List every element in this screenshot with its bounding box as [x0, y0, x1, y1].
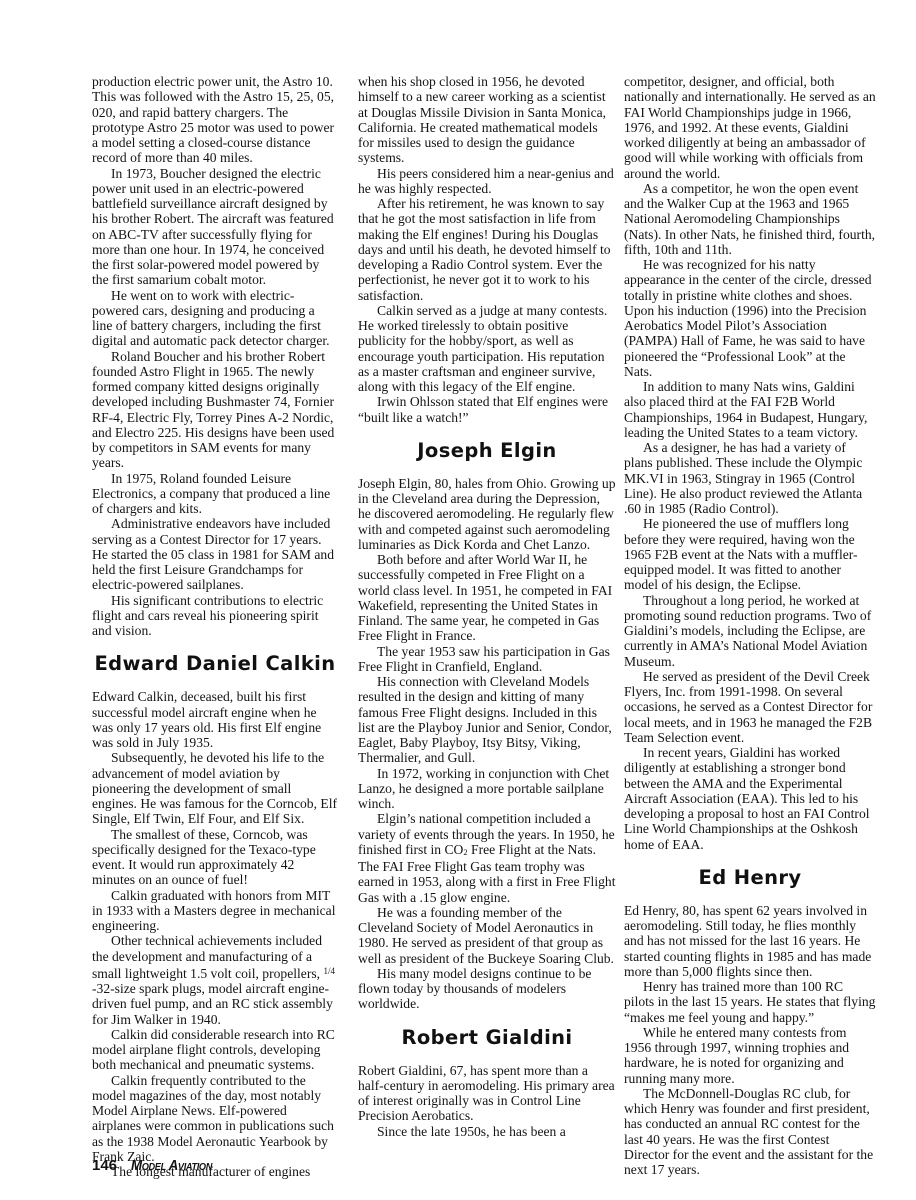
paragraph: Calkin frequently contributed to the mod…: [92, 1073, 338, 1165]
paragraph-co2: Elgin’s national competition included a …: [358, 811, 616, 905]
paragraph: production electric power unit, the Astr…: [92, 74, 338, 166]
paragraph: In 1972, working in conjunction with Che…: [358, 766, 616, 812]
paragraph: In 1973, Boucher designed the electric p…: [92, 166, 338, 288]
fraction: 1/4: [323, 966, 335, 976]
paragraph: when his shop closed in 1956, he devoted…: [358, 74, 616, 166]
paragraph: As a competitor, he won the open event a…: [624, 181, 876, 257]
paragraph: He was recognized for his natty appearan…: [624, 257, 876, 379]
text-run: -32-size spark plugs, model aircraft eng…: [92, 981, 333, 1027]
paragraph: In addition to many Nats wins, Galdini a…: [624, 379, 876, 440]
paragraph: He was a founding member of the Clevelan…: [358, 905, 616, 966]
paragraph-achievements: Other technical achievements included th…: [92, 933, 338, 1027]
section-heading-calkin: Edward Daniel Calkin: [86, 653, 344, 675]
paragraph: Robert Gialdini, 67, has spent more than…: [358, 1063, 616, 1124]
section-heading-henry: Ed Henry: [624, 867, 876, 889]
paragraph: The year 1953 saw his participation in G…: [358, 644, 616, 675]
page-number: 146: [92, 1157, 117, 1174]
column-middle: when his shop closed in 1956, he devoted…: [358, 74, 616, 1139]
paragraph: Henry has trained more than 100 RC pilot…: [624, 979, 876, 1025]
paragraph: Calkin served as a judge at many contest…: [358, 303, 616, 395]
paragraph: In recent years, Gialdini has worked dil…: [624, 745, 876, 852]
paragraph: Subsequently, he devoted his life to the…: [92, 750, 338, 826]
paragraph: The McDonnell-Douglas RC club, for which…: [624, 1086, 876, 1178]
paragraph: Both before and after World War II, he s…: [358, 552, 616, 644]
page-footer: 146 Model Aviation: [92, 1157, 219, 1177]
paragraph: Roland Boucher and his brother Robert fo…: [92, 349, 338, 471]
paragraph: Throughout a long period, he worked at p…: [624, 593, 876, 669]
text-run: Other technical achievements included th…: [92, 933, 323, 981]
paragraph: Calkin did considerable research into RC…: [92, 1027, 338, 1073]
column-left: production electric power unit, the Astr…: [92, 74, 338, 1179]
paragraph: He pioneered the use of mufflers long be…: [624, 516, 876, 592]
paragraph: Ed Henry, 80, has spent 62 years involve…: [624, 903, 876, 979]
paragraph: competitor, designer, and official, both…: [624, 74, 876, 181]
paragraph: His many model designs continue to be fl…: [358, 966, 616, 1012]
section-heading-elgin: Joseph Elgin: [358, 440, 616, 462]
magazine-name: Model Aviation: [131, 1158, 212, 1174]
paragraph: In 1975, Roland founded Leisure Electron…: [92, 471, 338, 517]
paragraph: As a designer, he has had a variety of p…: [624, 440, 876, 516]
paragraph: His significant contributions to electri…: [92, 593, 338, 639]
paragraph: Since the late 1950s, he has been a: [358, 1124, 616, 1139]
paragraph: He served as president of the Devil Cree…: [624, 669, 876, 745]
column-right: competitor, designer, and official, both…: [624, 74, 876, 1177]
paragraph: Irwin Ohlsson stated that Elf engines we…: [358, 394, 616, 425]
paragraph: His connection with Cleveland Models res…: [358, 674, 616, 766]
paragraph: Edward Calkin, deceased, built his first…: [92, 689, 338, 750]
paragraph: He went on to work with electric-powered…: [92, 288, 338, 349]
paragraph: Calkin graduated with honors from MIT in…: [92, 888, 338, 934]
paragraph: While he entered many contests from 1956…: [624, 1025, 876, 1086]
paragraph: His peers considered him a near-genius a…: [358, 166, 616, 197]
paragraph: Joseph Elgin, 80, hales from Ohio. Growi…: [358, 476, 616, 552]
subscript: 2: [463, 847, 467, 857]
paragraph: Administrative endeavors have included s…: [92, 516, 338, 592]
paragraph: The smallest of these, Corncob, was spec…: [92, 827, 338, 888]
paragraph: After his retirement, he was known to sa…: [358, 196, 616, 303]
section-heading-gialdini: Robert Gialdini: [358, 1027, 616, 1049]
magazine-page: production electric power unit, the Astr…: [0, 0, 916, 1200]
